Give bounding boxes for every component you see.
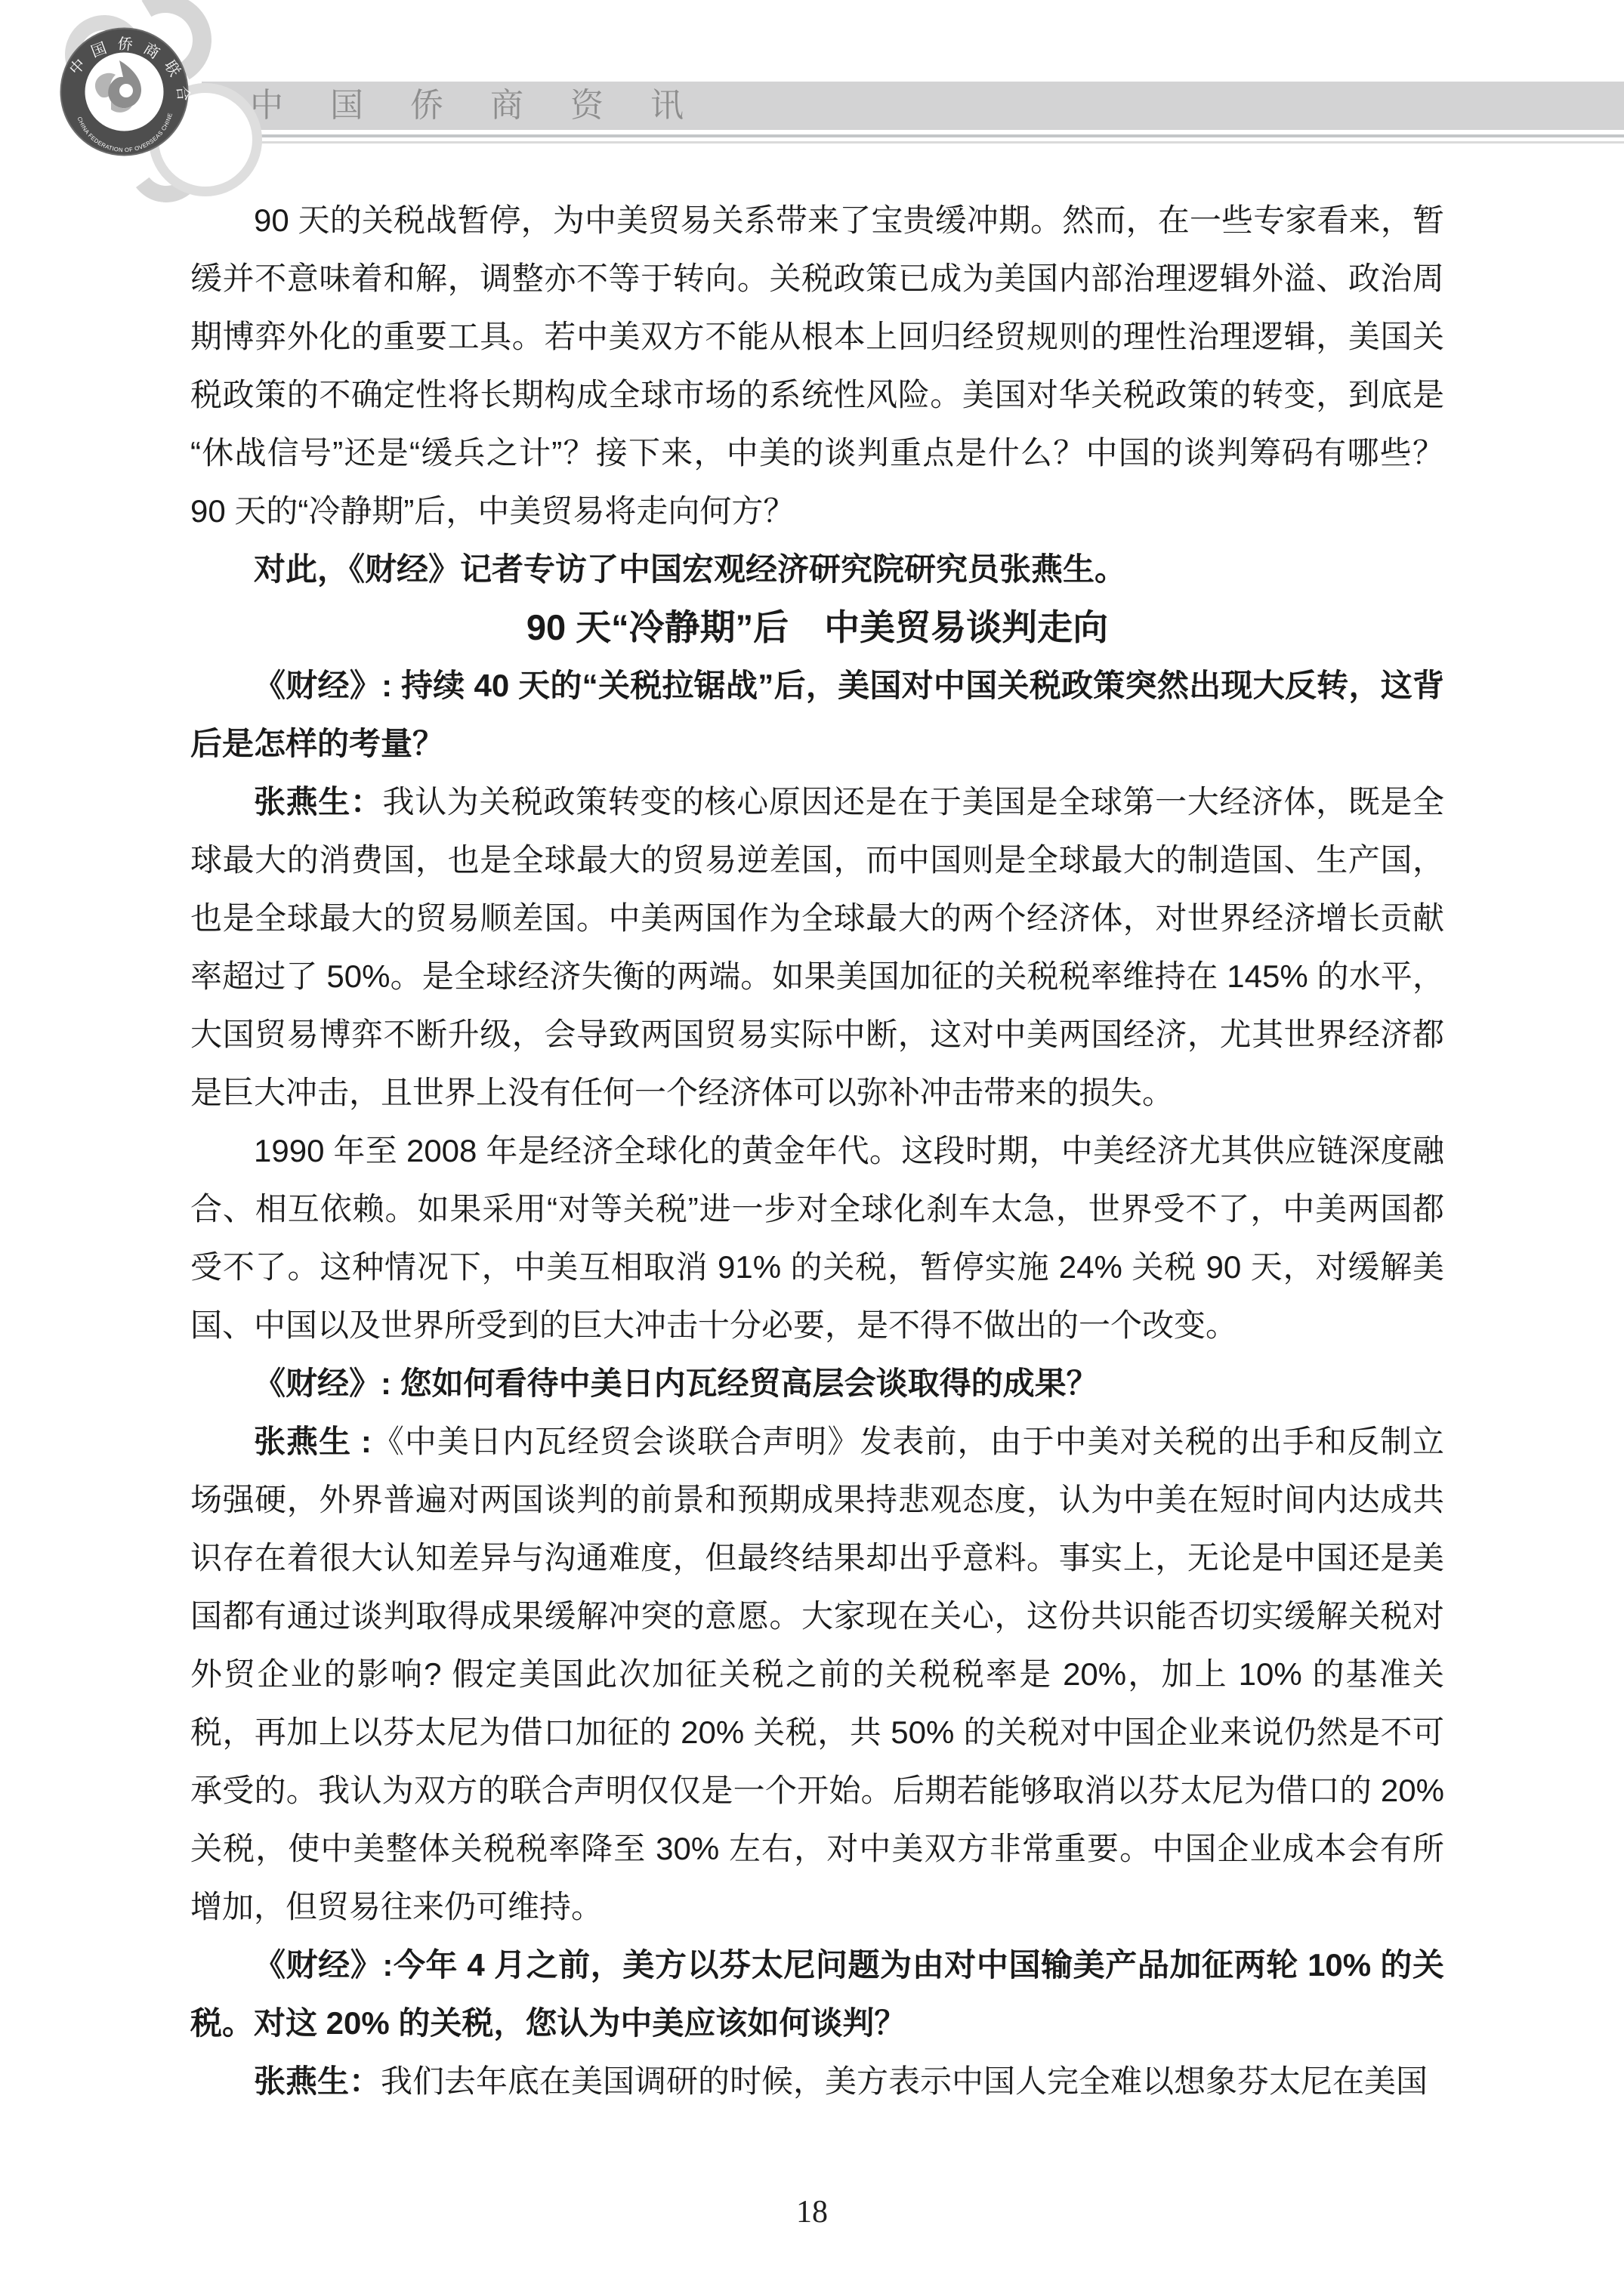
text-segment: 1990 年至 2008 年是经济全球化的黄金年代。这段时期，中美经济尤其供应链… xyxy=(190,1133,1444,1343)
question-3: 《财经》:今年 4 月之前，美方以芬太尼问题为由对中国输美产品加征两轮 10% … xyxy=(190,1936,1444,2052)
text-segment: 我认为关税政策转变的核心原因还是在于美国是全球第一大经济体，既是全球最大的消费国… xyxy=(190,784,1444,1110)
text-segment: 我们去年底在美国调研的时候，美方表示中国人完全难以想象芬太尼在美国 xyxy=(381,2063,1428,2099)
text-segment-bold: 《财经》:今年 4 月之前，美方以芬太尼问题为由对中国输美产品加征两轮 10% … xyxy=(190,1947,1444,2041)
text-segment-bold: 对此，《财经》记者专访了中国宏观经济研究院研究员张燕生。 xyxy=(254,551,1126,587)
answer-1-continued: 1990 年至 2008 年是经济全球化的黄金年代。这段时期，中美经济尤其供应链… xyxy=(190,1122,1444,1354)
text-segment-bold: 张燕生： xyxy=(254,2063,381,2099)
text-segment-bold: 张燕生： xyxy=(254,784,382,819)
question-2: 《财经》: 您如何看待中美日内瓦经贸高层会谈取得的成果？ xyxy=(190,1354,1444,1412)
text-segment-bold: 《财经》: 持续 40 天的“关税拉锯战”后，美国对中国关税政策突然出现大反转，… xyxy=(190,668,1444,761)
section-heading: 90 天“冷静期”后 中美贸易谈判走向 xyxy=(190,598,1444,656)
text-segment: 《中美日内瓦经贸会谈联合声明》发表前，由于中美对关税的出手和反制立场强硬，外界普… xyxy=(190,1424,1444,1924)
answer-2: 张燕生 :《中美日内瓦经贸会谈联合声明》发表前，由于中美对关税的出手和反制立场强… xyxy=(190,1412,1444,1936)
page-number: 18 xyxy=(0,2194,1624,2230)
text-segment: 90 天的关税战暂停，为中美贸易关系带来了宝贵缓冲期。然而，在一些专家看来，暂缓… xyxy=(190,202,1444,529)
question-1: 《财经》: 持续 40 天的“关税拉锯战”后，美国对中国关税政策突然出现大反转，… xyxy=(190,656,1444,773)
header-bar: 中国侨商资讯 xyxy=(202,82,1624,130)
header-bar-title: 中国侨商资讯 xyxy=(250,82,730,130)
text-segment-bold: 张燕生 : xyxy=(254,1424,372,1459)
text-segment-bold: 《财经》: 您如何看待中美日内瓦经贸高层会谈取得的成果？ xyxy=(254,1366,1098,1401)
answer-3: 张燕生：我们去年底在美国调研的时候，美方表示中国人完全难以想象芬太尼在美国 xyxy=(190,2052,1444,2110)
federation-logo-icon: 中国侨商联合会 CHINA FEDERATION OF OVERSEAS CHI… xyxy=(43,11,205,173)
answer-1: 张燕生：我认为关税政策转变的核心原因还是在于美国是全球第一大经济体，既是全球最大… xyxy=(190,773,1444,1122)
header-rule-bottom xyxy=(227,141,1624,144)
editor-note: 对此，《财经》记者专访了中国宏观经济研究院研究员张燕生。 xyxy=(190,540,1444,598)
text-segment-bold: 90 天“冷静期”后 中美贸易谈判走向 xyxy=(526,607,1108,647)
header-rule-top xyxy=(227,134,1624,137)
magazine-page: 中国侨商资讯 中国侨商联合会 CHINA FEDERATION O xyxy=(0,0,1624,2293)
article-body: 90 天的关税战暂停，为中美贸易关系带来了宝贵缓冲期。然而，在一些专家看来，暂缓… xyxy=(190,191,1444,2110)
intro-paragraph: 90 天的关税战暂停，为中美贸易关系带来了宝贵缓冲期。然而，在一些专家看来，暂缓… xyxy=(190,191,1444,540)
